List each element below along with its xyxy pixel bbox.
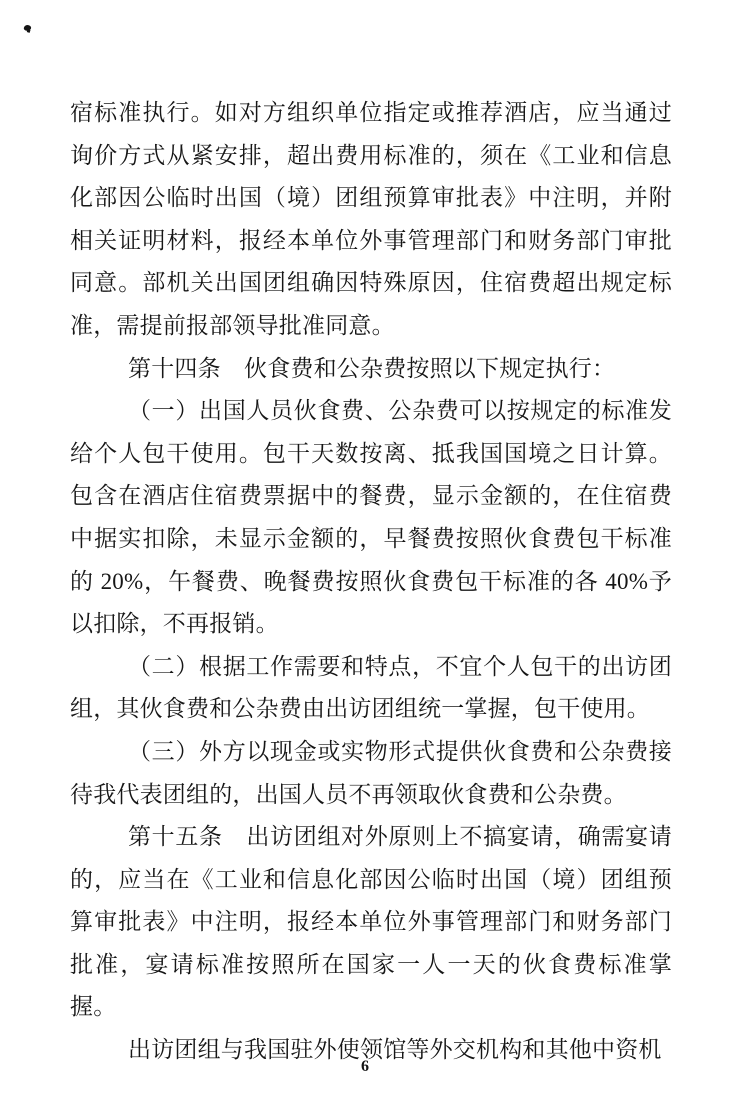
article-15-paragraph: 第十五条 出访团组对外原则上不搞宴请，确需宴请的，应当在《工业和信息化部因公临时… [70,816,672,1029]
document-page: 宿标准执行。如对方组织单位指定或推荐酒店，应当通过询价方式从紧安排，超出费用标准… [0,0,748,1118]
article-14-clause-1: （一）出国人员伙食费、公杂费可以按规定的标准发给个人包干使用。包干天数按离、抵我… [70,390,672,646]
ink-speck-artifact [23,24,32,32]
paragraph-lodging-continuation: 宿标准执行。如对方组织单位指定或推荐酒店，应当通过询价方式从紧安排，超出费用标准… [70,92,672,348]
document-body: 宿标准执行。如对方组织单位指定或推荐酒店，应当通过询价方式从紧安排，超出费用标准… [70,92,672,1072]
page-number: 6 [0,1058,730,1076]
article-14-heading: 第十四条 伙食费和公杂费按照以下规定执行： [70,348,672,391]
article-14-clause-3: （三）外方以现金或实物形式提供伙食费和公杂费接待我代表团组的，出国人员不再领取伙… [70,731,672,816]
article-14-clause-2: （二）根据工作需要和特点，不宜个人包干的出访团组，其伙食费和公杂费由出访团组统一… [70,646,672,731]
